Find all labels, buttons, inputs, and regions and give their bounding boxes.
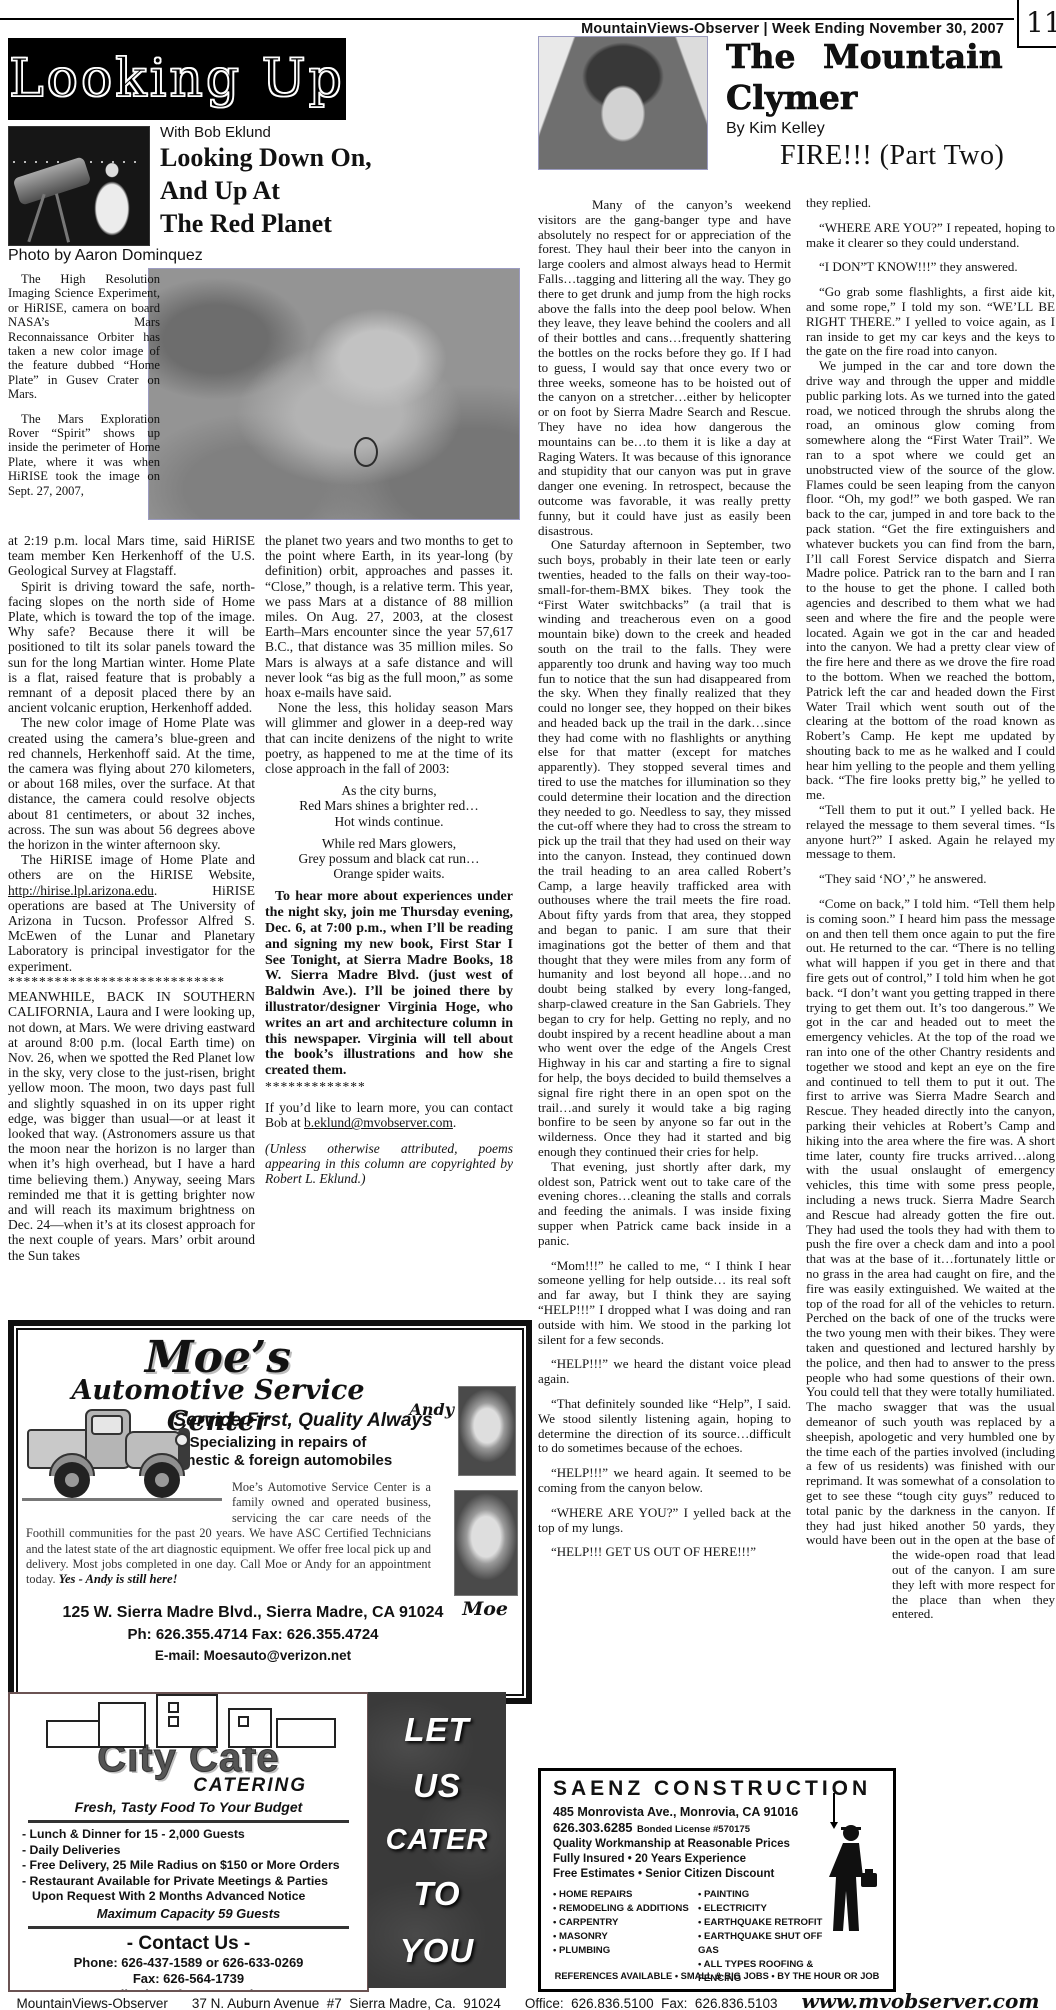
website-link[interactable]: www.mvobserver.com: [802, 1989, 1040, 2010]
looking-up-banner-title: Looking Up: [9, 49, 345, 109]
service-item: EARTHQUAKE SHUT OFF GAS: [698, 1930, 843, 1958]
article-paragraph: The High Resolution Imaging Science Expe…: [8, 272, 160, 402]
city-cafe-tagline: Fresh, Tasty Food To Your Budget: [10, 1799, 367, 1815]
skyline-building: [156, 1694, 218, 1748]
service-item: PAINTING: [698, 1888, 843, 1902]
contact-paragraph: If you’d like to learn more, you can con…: [265, 1100, 513, 1130]
saenz-address: 485 Monrovista Ave., Monrovia, CA 91016: [553, 1805, 881, 1819]
building-window: [168, 1702, 179, 1713]
city-cafe-services-list: - Lunch & Dinner for 15 - 2,000 Guests -…: [10, 1827, 367, 1905]
article-paragraph: “Come on back,” I told him. “Tell them h…: [806, 897, 1055, 1622]
skyline-building: [228, 1708, 272, 1748]
looking-up-column-1: at 2:19 p.m. local Mars time, said HiRIS…: [8, 533, 255, 1315]
article-paragraph: “Go grab some flashlights, a first aide …: [806, 285, 1055, 359]
moes-body-emphasis: Yes - Andy is still here!: [59, 1572, 178, 1586]
telescope-photo: [8, 126, 150, 246]
truck-wrap-spacer: [26, 1480, 232, 1520]
article-paragraph: “They said ‘NO’,” he answered.: [806, 872, 1055, 887]
article-paragraph: None the less, this holiday season Mars …: [265, 700, 513, 776]
city-cafe-capacity: Maximum Capacity 59 Guests: [10, 1906, 367, 1921]
poem-line: Hot winds continue.: [265, 814, 513, 829]
article-paragraph: “HELP!!!” we heard the distant voice ple…: [538, 1357, 791, 1387]
skyline-building: [98, 1702, 146, 1748]
service-item: MASONRY: [553, 1930, 698, 1944]
saenz-construction-ad[interactable]: SAENZ CONSTRUCTION 485 Monrovista Ave., …: [538, 1768, 896, 1992]
footer-publisher: MountainViews-Observer: [17, 1996, 168, 2010]
city-cafe-ad[interactable]: City Cafe CATERING Fresh, Tasty Food To …: [8, 1692, 369, 1992]
paragraph-text: “Come on back,” I told him. “Tell them h…: [806, 896, 1055, 1547]
paragraph-text: .: [453, 1115, 456, 1130]
article-paragraph: they replied.: [806, 196, 1055, 211]
poem-line: Red Mars shines a brighter red…: [265, 798, 513, 813]
service-item: PLUMBING: [553, 1944, 698, 1958]
footer-office-fax: Office: 626.836.5100 Fax: 626.836.5103: [525, 1996, 778, 2010]
clymer-column-1: Many of the canyon’s weekend visitors ar…: [538, 198, 791, 1762]
moes-automotive-ad[interactable]: Moe’s Automotive Service Center Service …: [8, 1320, 532, 1704]
column-title-line: The Mountain: [726, 36, 1026, 77]
article-headline: Looking Down On, And Up At The Red Plane…: [160, 141, 440, 240]
moes-phone: Ph: 626.355.4714 Fax: 626.355.4724: [48, 1626, 458, 1643]
section-divider-stars: *************: [265, 1079, 513, 1094]
photo-credit: Photo by Aaron Dominquez: [8, 247, 203, 265]
article-paragraph: “HELP!!!” we heard again. It seemed to b…: [538, 1466, 791, 1496]
columnist-portrait-photo: [538, 36, 708, 170]
moe-portrait-photo: [454, 1490, 518, 1596]
book-signing-promo: To hear more about experiences under the…: [265, 889, 513, 1079]
headline-line: The Red Planet: [160, 207, 440, 240]
article-paragraph: “WHERE ARE YOU?” I repeated, hoping to m…: [806, 221, 1055, 251]
city-cafe-fax: Fax: 626-564-1739: [10, 1971, 367, 1987]
service-item: ELECTRICITY: [698, 1902, 843, 1916]
email-link[interactable]: b.eklund@mvobserver.com: [304, 1115, 453, 1130]
poem-line: Orange spider waits.: [265, 866, 513, 881]
service-item: EARTHQUAKE RETROFIT: [698, 1916, 843, 1930]
list-item: - Free Delivery, 25 Mile Radius on $150 …: [22, 1858, 355, 1874]
telescope-graphic: [12, 156, 91, 205]
article-paragraph: “Tell them to put it out.” I yelled back…: [806, 803, 1055, 862]
list-item: - Restaurant Available for Private Meeti…: [22, 1874, 355, 1890]
banner-word: US: [413, 1767, 461, 1805]
section-divider-stars: ****************************: [8, 974, 255, 989]
city-cafe-phone: Phone: 626-437-1589 or 626-633-0269: [10, 1955, 367, 1971]
mars-home-plate-image: [148, 268, 520, 520]
poem-stanza: As the city burns, Red Mars shines a bri…: [265, 783, 513, 829]
column-byline: With Bob Eklund: [160, 124, 271, 141]
article-paragraph: “I DON”T KNOW!!!” they answered.: [806, 260, 1055, 275]
article-headline: FIRE!!! (Part Two): [780, 140, 1050, 172]
rover-location-annotation: [354, 437, 378, 467]
moe-label: Moe: [462, 1598, 508, 1620]
article-paragraph: That evening, just shortly after dark, m…: [538, 1160, 791, 1249]
andy-label: Andy: [409, 1400, 454, 1419]
article-paragraph: “Mom!!!” he called to me, “ I think I he…: [538, 1259, 791, 1348]
looking-up-column-1-top: The High Resolution Imaging Science Expe…: [8, 272, 160, 530]
worker-silhouette-icon: [825, 1821, 879, 1939]
service-item: CARPENTRY: [553, 1916, 698, 1930]
banner-word: CATER: [386, 1824, 489, 1857]
skyline-building: [276, 1718, 336, 1748]
article-paragraph: The Mars Exploration Rover “Spirit” show…: [8, 412, 160, 498]
clymer-column-2: they replied. “WHERE ARE YOU?” I repeate…: [806, 196, 1055, 1842]
article-paragraph: “That definitely sounded like “Help”, I …: [538, 1397, 791, 1456]
paragraph-text: The HiRISE image of Home Plate and other…: [8, 852, 255, 882]
headline-line: Looking Down On,: [160, 141, 440, 174]
newspaper-page: MountainViews-Observer | Week Ending Nov…: [0, 0, 1056, 2010]
article-paragraph: The HiRISE image of Home Plate and other…: [8, 852, 255, 974]
copyright-note: (Unless otherwise attributed, poems appe…: [265, 1141, 513, 1187]
list-item: Upon Request With 2 Months Advanced Noti…: [22, 1889, 355, 1905]
contact-us-heading: - Contact Us -: [10, 1933, 367, 1955]
saenz-references-line: REFERENCES AVAILABLE • SMALL & BIG JOBS …: [553, 1971, 881, 1981]
building-window: [168, 1716, 179, 1727]
ad-divider-rule: [28, 1926, 349, 1929]
city-skyline-graphic: [34, 1698, 344, 1748]
moes-email: E-mail: Moesauto@verizon.net: [48, 1648, 458, 1663]
andy-portrait-photo: [458, 1386, 516, 1476]
ad-wrap-spacer: [806, 1548, 892, 1622]
article-paragraph: Spirit is driving toward the safe, north…: [8, 579, 255, 716]
masthead: MountainViews-Observer | Week Ending Nov…: [581, 21, 1004, 37]
service-item: REMODELING & ADDITIONS: [553, 1902, 698, 1916]
headline-line: And Up At: [160, 174, 440, 207]
list-item: - Lunch & Dinner for 15 - 2,000 Guests: [22, 1827, 355, 1843]
ad-divider-rule: [28, 1820, 349, 1823]
banner-word: TO: [413, 1875, 460, 1913]
poem-line: While red Mars glowers,: [265, 836, 513, 851]
article-paragraph: We jumped in the car and tore down the d…: [806, 359, 1055, 803]
tripod-leg-graphic: [55, 193, 70, 242]
service-item: HOME REPAIRS: [553, 1888, 698, 1902]
article-paragraph: at 2:19 p.m. local Mars time, said HiRIS…: [8, 533, 255, 579]
building-window: [238, 1716, 249, 1727]
column-title-line: Clymer: [726, 77, 1026, 118]
poem-stanza: While red Mars glowers, Grey possum and …: [265, 836, 513, 882]
column-byline: By Kim Kelley: [726, 120, 825, 138]
observer-person-graphic: [83, 149, 141, 245]
article-paragraph: One Saturday afternoon in September, two…: [538, 538, 791, 1159]
article-paragraph: The new color image of Home Plate was cr…: [8, 715, 255, 852]
page-footer: MountainViews-Observer37 N. Auburn Avenu…: [0, 1989, 1056, 2010]
saenz-title: SAENZ CONSTRUCTION: [553, 1777, 881, 1801]
looking-up-banner: Looking Up: [8, 38, 346, 120]
article-paragraph: MEANWHILE, BACK IN SOUTHERN CALIFORNIA, …: [8, 989, 255, 1263]
article-paragraph: the planet two years and two months to g…: [265, 533, 513, 700]
moes-address: 125 W. Sierra Madre Blvd., Sierra Madre,…: [48, 1604, 458, 1622]
saenz-license: Bonded License #570175: [637, 1824, 750, 1835]
list-item: - Daily Deliveries: [22, 1843, 355, 1859]
banner-word: LET: [404, 1711, 469, 1749]
saenz-phone: 626.303.6285: [553, 1820, 633, 1835]
looking-up-column-2: the planet two years and two months to g…: [265, 533, 513, 1305]
poem-line: Grey possum and black cat run…: [265, 851, 513, 866]
cater-banner[interactable]: LET US CATER TO YOU: [368, 1692, 506, 1988]
saenz-ad-content: SAENZ CONSTRUCTION 485 Monrovista Ave., …: [553, 1777, 881, 1983]
poem-line: As the city burns,: [265, 783, 513, 798]
page-number: 11: [1026, 6, 1056, 39]
hirise-website-link[interactable]: http://hirise.lpl.arizona.edu: [8, 883, 154, 898]
masthead-rule: [0, 18, 1014, 20]
article-paragraph: Many of the canyon’s weekend visitors ar…: [538, 198, 791, 538]
moes-ad-body: Moe’s Automotive Service Center is a fam…: [26, 1480, 431, 1588]
article-paragraph: “WHERE ARE YOU?” I yelled back at the to…: [538, 1506, 791, 1536]
moes-ad-frame: Moe’s Automotive Service Center Service …: [16, 1328, 524, 1696]
banner-word: YOU: [400, 1932, 475, 1970]
footer-address: 37 N. Auburn Avenue #7 Sierra Madre, Ca.…: [192, 1996, 501, 2010]
column-title: The Mountain Clymer: [726, 36, 1026, 118]
article-paragraph: “HELP!!! GET US OUT OF HERE!!!”: [538, 1545, 791, 1560]
